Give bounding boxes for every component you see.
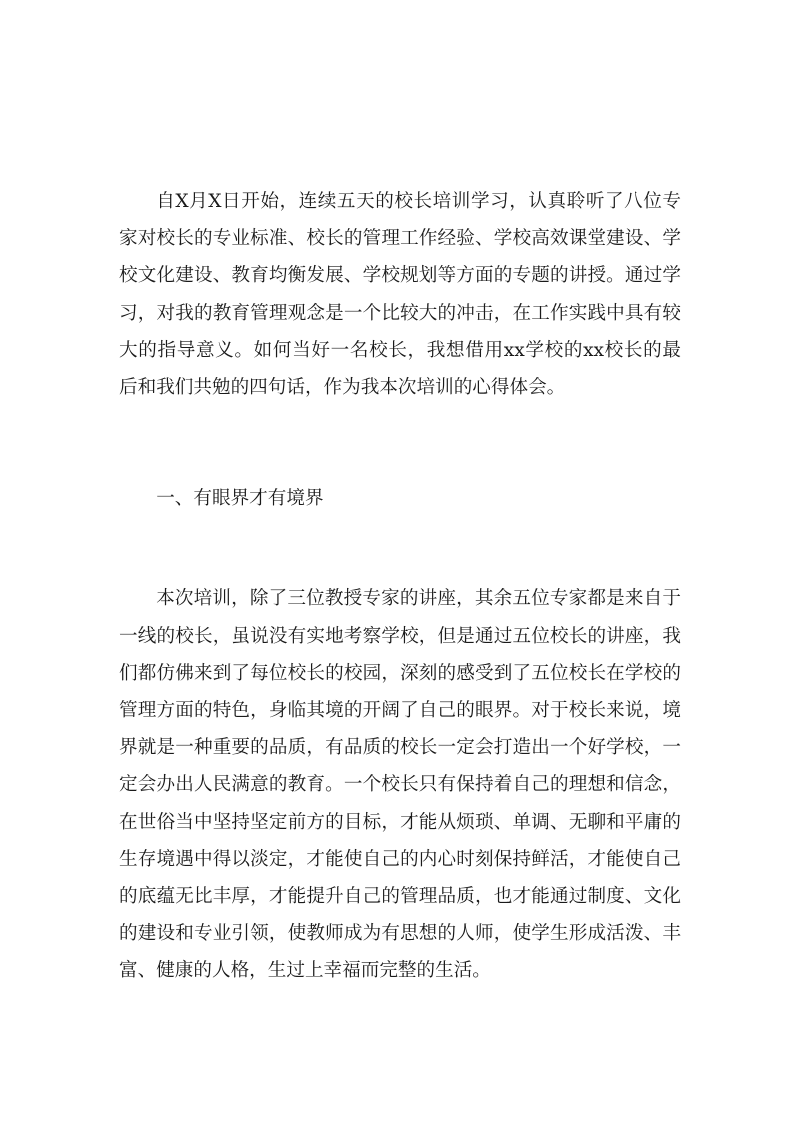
document-page: 自X月X日开始，连续五天的校长培训学习，认真聆听了八位专家对校长的专业标准、校长… <box>0 0 793 1122</box>
document-body: 自X月X日开始，连续五天的校长培训学习，认真聆听了八位专家对校长的专业标准、校长… <box>119 183 681 990</box>
spacer <box>119 517 681 580</box>
section-heading: 一、有眼界才有境界 <box>119 480 681 517</box>
intro-paragraph: 自X月X日开始，连续五天的校长培训学习，认真聆听了八位专家对校长的专业标准、校长… <box>119 183 681 406</box>
spacer <box>119 406 681 480</box>
section-paragraph: 本次培训，除了三位教授专家的讲座，其余五位专家都是来自于一线的校长，虽说没有实地… <box>119 580 681 989</box>
